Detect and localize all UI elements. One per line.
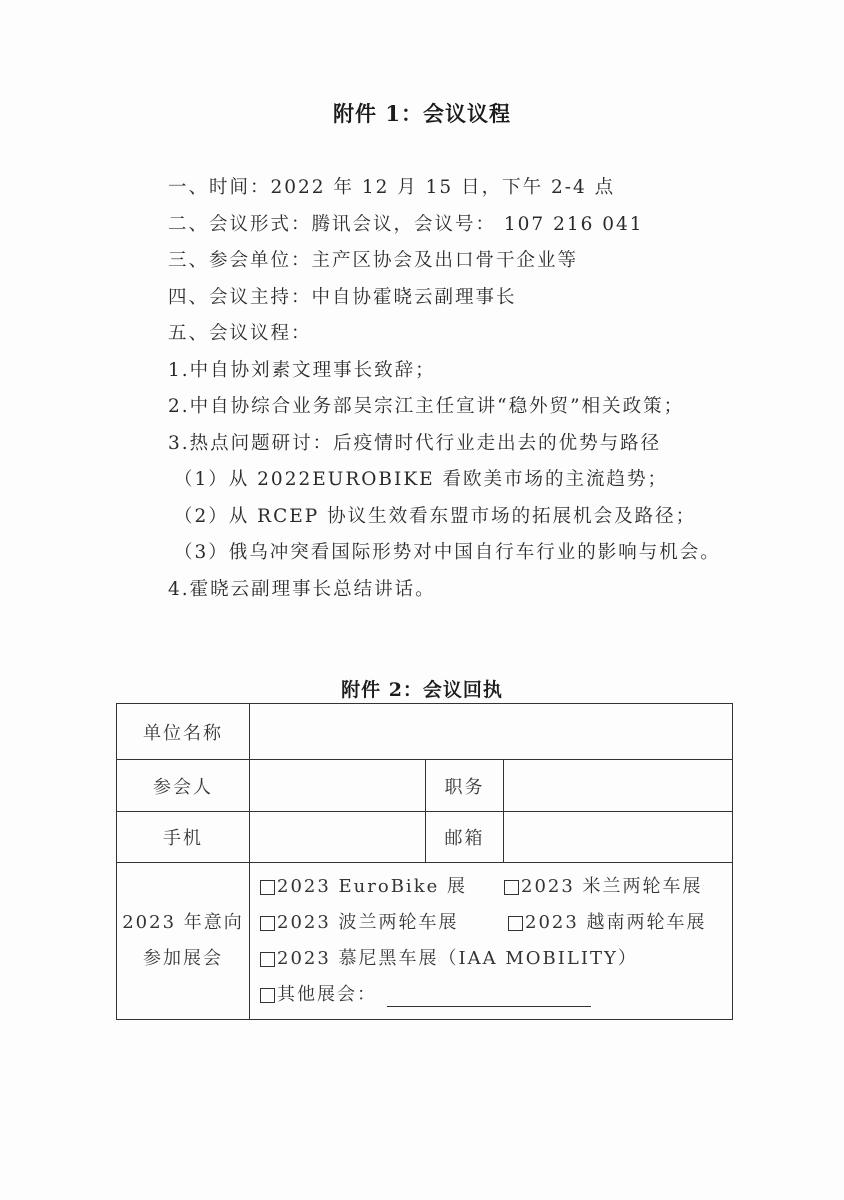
checkbox-icon[interactable] xyxy=(260,880,275,895)
email-field[interactable] xyxy=(504,812,733,863)
agenda-heading: 五、会议议程： xyxy=(168,316,721,353)
option-label: 2023 EuroBike 展 xyxy=(277,869,467,905)
intent-label-line1: 2023 年意向 xyxy=(118,905,248,941)
email-label: 邮箱 xyxy=(426,812,504,863)
option-label: 2023 米兰两轮车展 xyxy=(521,869,703,905)
agenda-host: 四、会议主持：中自协霍晓云副理事长 xyxy=(168,280,721,317)
option-label: 其他展会： xyxy=(277,977,377,1013)
mobile-label: 手机 xyxy=(117,812,250,863)
position-field[interactable] xyxy=(504,760,733,812)
agenda-item-2: 2.中自协综合业务部吴宗江主任宣讲“稳外贸”相关政策； xyxy=(168,389,721,426)
option-label: 2023 慕尼黑车展（IAA MOBILITY） xyxy=(277,941,638,977)
agenda-participants: 三、参会单位：主产区协会及出口骨干企业等 xyxy=(168,243,721,280)
agenda-format: 二、会议形式：腾讯会议，会议号： 107 216 041 xyxy=(168,207,721,244)
option-milan[interactable]: 2023 米兰两轮车展 xyxy=(504,869,703,905)
agenda-subitem-1: （1）从 2022EUROBIKE 看欧美市场的主流趋势； xyxy=(168,462,721,499)
mobile-field[interactable] xyxy=(250,812,426,863)
option-label: 2023 越南两轮车展 xyxy=(525,905,707,941)
attendee-field[interactable] xyxy=(250,760,426,812)
option-munich[interactable]: 2023 慕尼黑车展（IAA MOBILITY） xyxy=(260,941,638,977)
option-vietnam[interactable]: 2023 越南两轮车展 xyxy=(508,905,707,941)
attachment1-title: 附件 1：会议议程 xyxy=(0,98,844,128)
checkbox-icon[interactable] xyxy=(260,952,275,967)
agenda-time: 一、时间：2022 年 12 月 15 日，下午 2-4 点 xyxy=(168,170,721,207)
checkbox-icon[interactable] xyxy=(504,880,519,895)
attendee-label: 参会人 xyxy=(117,760,250,812)
checkbox-icon[interactable] xyxy=(260,988,275,1003)
intent-label-line2: 参加展会 xyxy=(118,941,248,977)
agenda-subitem-3: （3）俄乌冲突看国际形势对中国自行车行业的影响与机会。 xyxy=(168,535,721,572)
option-eurobike[interactable]: 2023 EuroBike 展 xyxy=(260,869,504,905)
agenda-list: 一、时间：2022 年 12 月 15 日，下午 2-4 点 二、会议形式：腾讯… xyxy=(168,170,721,608)
option-poland[interactable]: 2023 波兰两轮车展 xyxy=(260,905,508,941)
agenda-item-1: 1.中自协刘素文理事长致辞； xyxy=(168,353,721,390)
reply-form-table: 单位名称 参会人 职务 手机 邮箱 2023 年意向 参加展会 xyxy=(116,703,733,1020)
other-exhibition-input[interactable] xyxy=(387,984,591,1007)
checkbox-icon[interactable] xyxy=(508,916,523,931)
intent-label: 2023 年意向 参加展会 xyxy=(117,863,250,1020)
exhibition-options: 2023 EuroBike 展 2023 米兰两轮车展 2023 波兰两轮车展 … xyxy=(250,863,733,1020)
document-page: 附件 1：会议议程 一、时间：2022 年 12 月 15 日，下午 2-4 点… xyxy=(0,0,844,1200)
checkbox-icon[interactable] xyxy=(260,916,275,931)
position-label: 职务 xyxy=(426,760,504,812)
unit-name-field[interactable] xyxy=(250,704,733,760)
agenda-item-4: 4.霍晓云副理事长总结讲话。 xyxy=(168,572,721,609)
agenda-subitem-2: （2）从 RCEP 协议生效看东盟市场的拓展机会及路径； xyxy=(168,499,721,536)
attachment2-title: 附件 2：会议回执 xyxy=(0,675,844,702)
option-other[interactable]: 其他展会： xyxy=(260,977,591,1013)
unit-name-label: 单位名称 xyxy=(117,704,250,760)
agenda-item-3: 3.热点问题研讨：后疫情时代行业走出去的优势与路径 xyxy=(168,426,721,463)
option-label: 2023 波兰两轮车展 xyxy=(277,905,459,941)
